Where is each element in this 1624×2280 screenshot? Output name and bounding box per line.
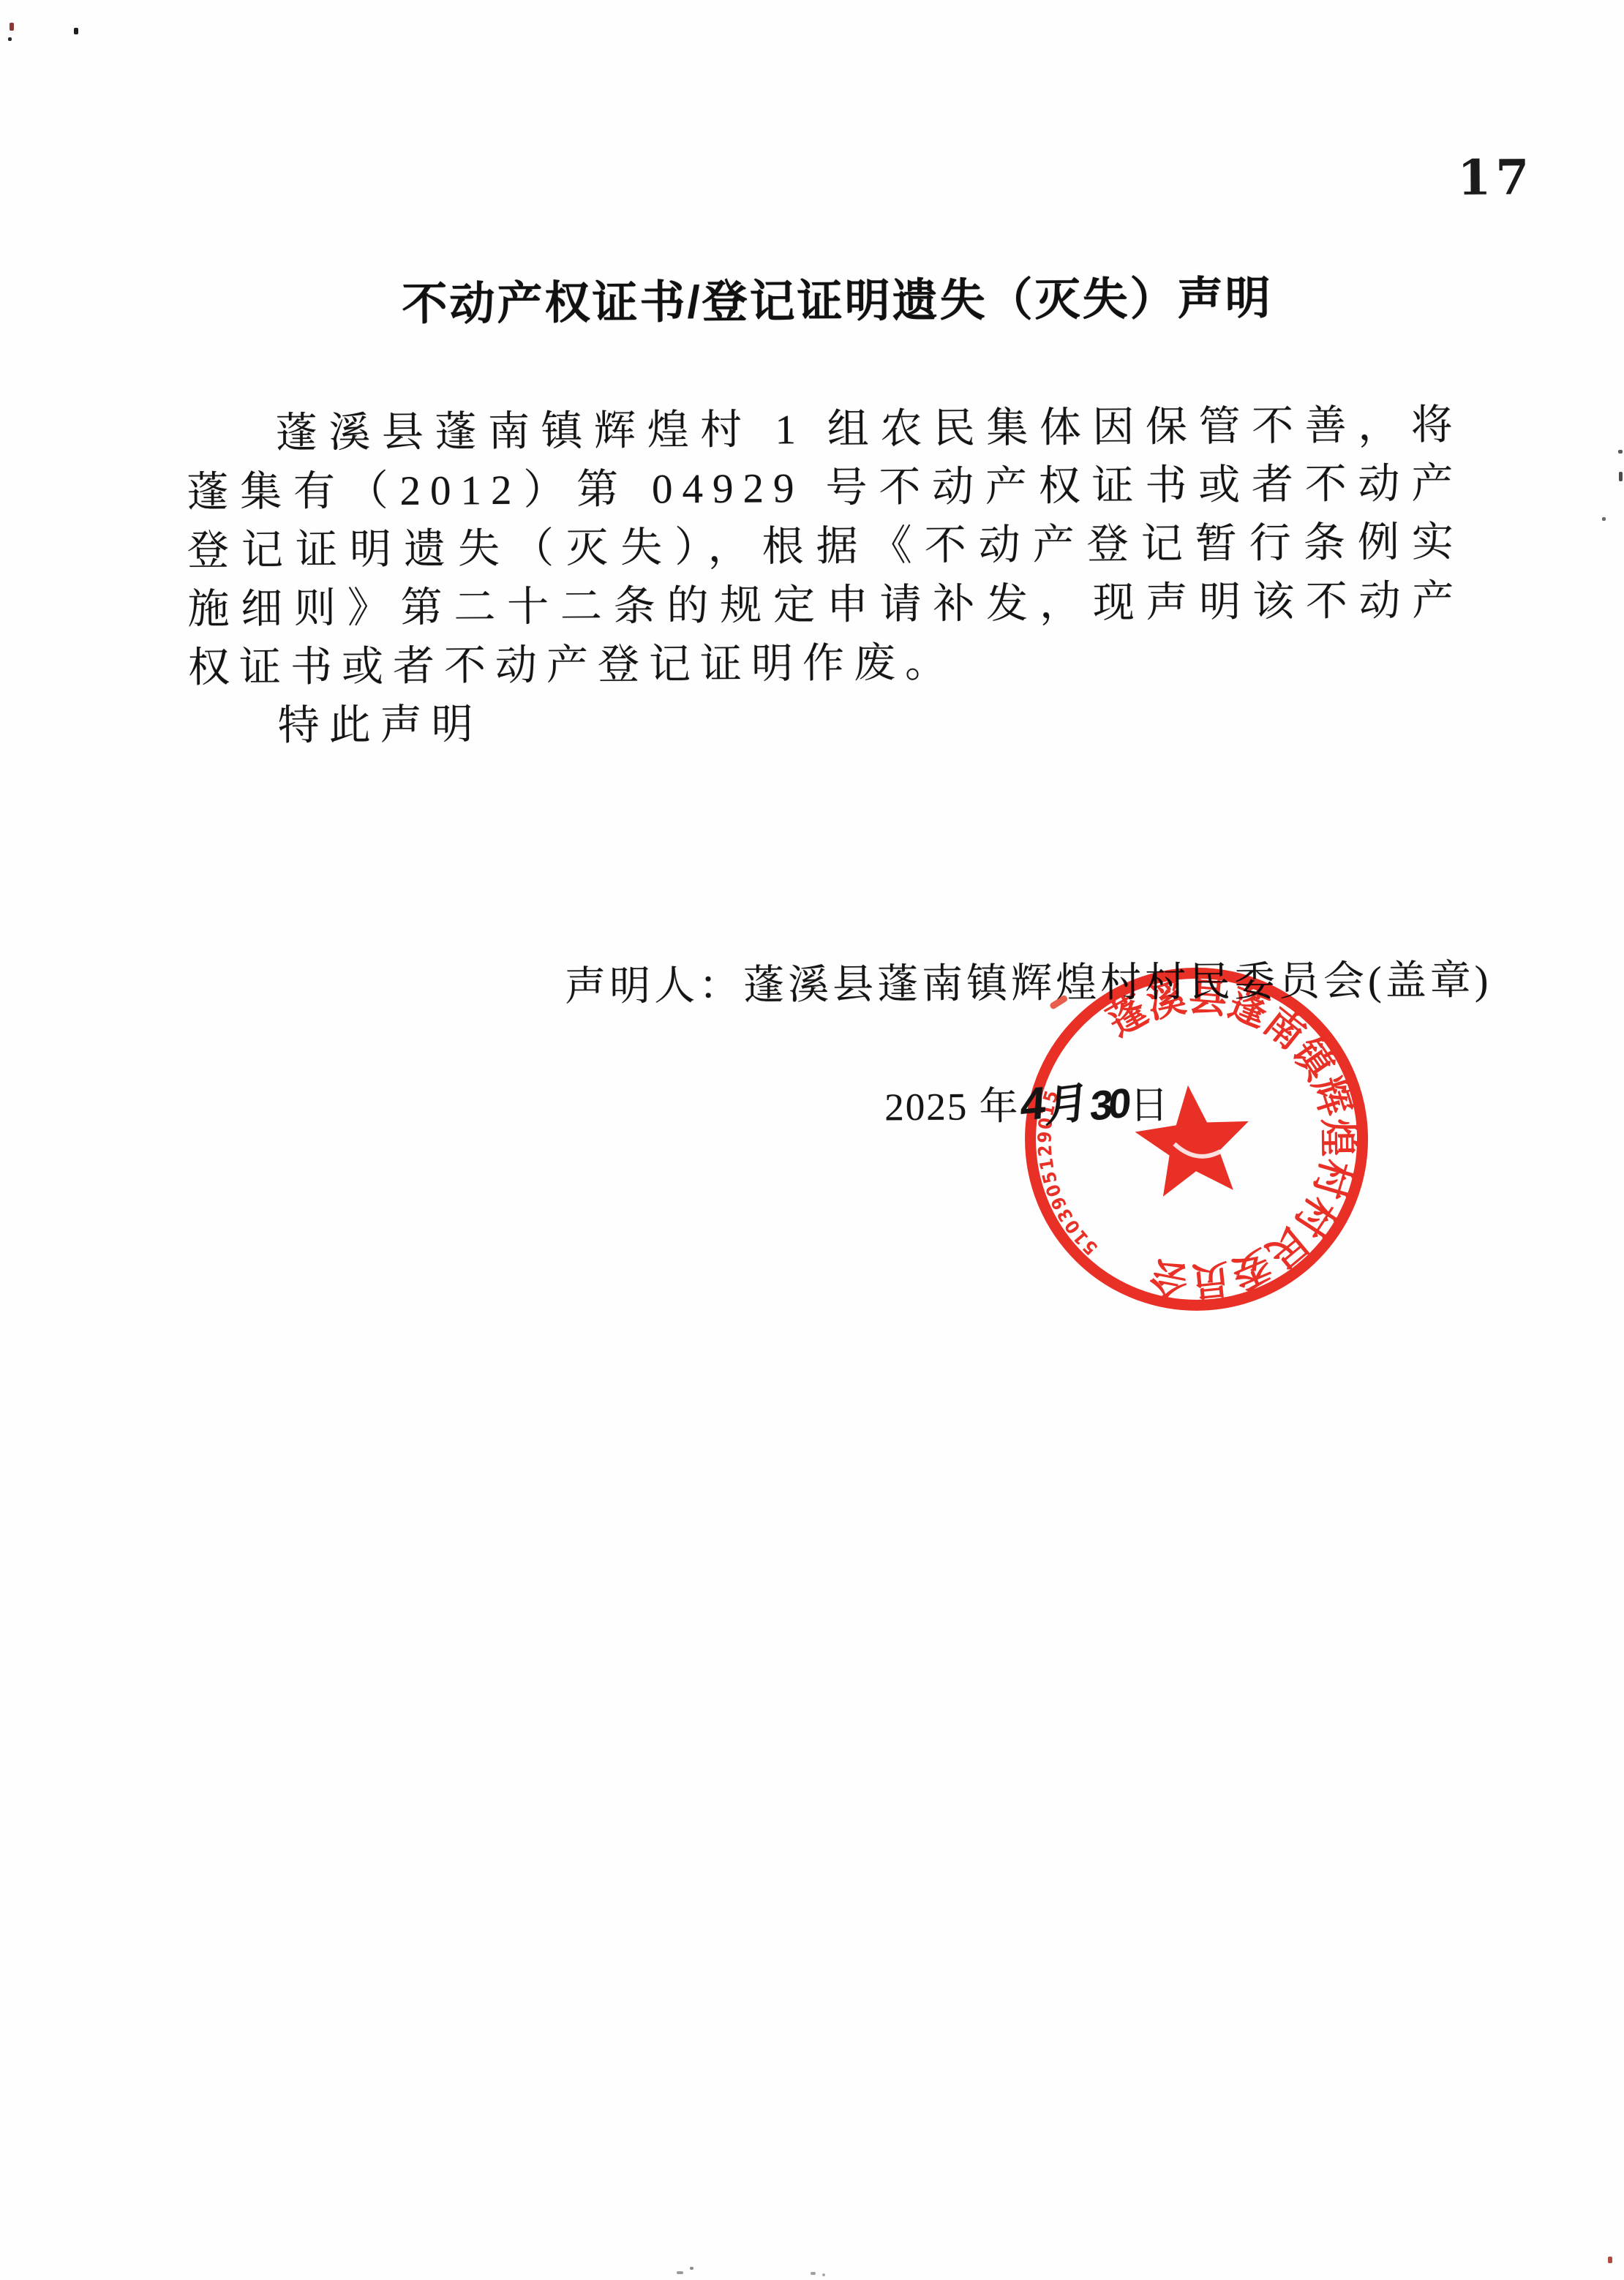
scanned-document-page: 17 不动产权证书/登记证明遗失（灭失）声明 蓬溪县蓬南镇辉煌村 1 组农民集体… (0, 0, 1624, 2280)
scan-speck (8, 37, 12, 41)
scan-speck (677, 2271, 683, 2274)
scan-speck (1608, 2257, 1612, 2263)
scan-speck (822, 2273, 825, 2276)
body-line: 施细则》第二十二条的规定申请补发，现声明该不动产 (187, 572, 1464, 639)
scan-speck (690, 2267, 693, 2270)
body-line: 蓬溪县蓬南镇辉煌村 1 组农民集体因保管不善，将 (187, 396, 1463, 464)
scan-speck (1618, 450, 1623, 454)
date-year: 2025 年 (884, 1086, 1020, 1129)
scan-speck (1619, 472, 1623, 481)
date-day-label: 日 (1129, 1085, 1170, 1127)
scan-speck (1602, 517, 1606, 521)
document-title: 不动产权证书/登记证明遗失（灭失）声明 (0, 259, 1621, 335)
date-month-label: 月 (1044, 1066, 1092, 1135)
scan-speck (811, 2272, 816, 2275)
body-line: 权证书或者不动产登记证明作废。 (188, 631, 1465, 698)
scan-skew-layer: 17 不动产权证书/登记证明遗失（灭失）声明 蓬溪县蓬南镇辉煌村 1 组农民集体… (0, 0, 1624, 2280)
body-line-closing: 特此声明 (188, 689, 1465, 756)
body-line: 蓬集有（2012）第 04929 号不动产权证书或者不动产 (187, 455, 1463, 522)
page-number: 17 (1457, 148, 1546, 206)
date-line: 2025 年4月30日 (884, 1069, 1170, 1133)
date-day-handwritten: 30 (1089, 1078, 1128, 1129)
body-line: 登记证明遗失（灭失），根据《不动产登记暂行条例实 (187, 513, 1464, 581)
official-seal: 蓬溪县蓬南镇辉煌村村民委员会 5103905129015 (1012, 955, 1380, 1323)
document-body: 蓬溪县蓬南镇辉煌村 1 组农民集体因保管不善，将 蓬集有（2012）第 0492… (187, 396, 1465, 756)
scan-speck (10, 23, 14, 31)
scan-speck (74, 28, 78, 34)
